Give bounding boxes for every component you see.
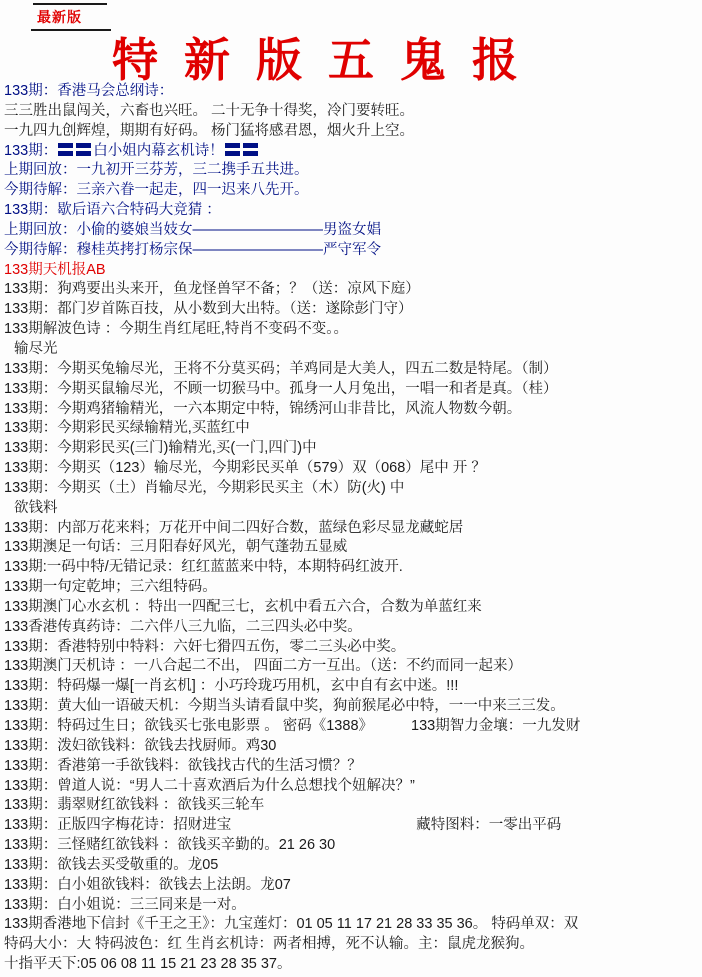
text-segment: 133期：特码爆一爆[一肖玄机] ：小巧玲珑巧用机，玄中自有玄中迷。!!! xyxy=(4,678,458,694)
report-line: 133期：狗鸡要出头来开，鱼龙怪兽罕不备；？（送：凉风下庭） xyxy=(4,280,702,300)
report-line: 133期香港地下信封《千王之王》：九宝莲灯：01 05 11 17 21 28 … xyxy=(4,915,702,935)
edition-badge: 最新版 xyxy=(37,7,82,27)
text-segment: 十指平天下:05 06 08 11 15 21 23 28 35 37。 xyxy=(4,956,292,972)
report-line: 133期：今期买（123）输尽光，今期彩民买单（579）双（068）尾中 开 ？ xyxy=(4,459,702,479)
report-line: 133期:一码中特/无错记录：红红蓝蓝来中特，本期特码红波开. xyxy=(4,558,702,578)
report-line: 133期澳足一句话：三月阳春好风光，朝气蓬勃五显威 xyxy=(4,538,702,558)
text-segment: 133期：特码过生日；欲钱买七张电影票 。 密码《1388》 xyxy=(4,718,373,734)
report-line: 133期：香港马会总纲诗： xyxy=(4,82,702,102)
double-bar-icon xyxy=(225,143,240,156)
report-line: 十指平天下:05 06 08 11 15 21 23 28 35 37。 xyxy=(4,955,702,975)
report-line: 133期：白小姐内幕玄机诗！ xyxy=(4,142,702,162)
text-segment: 133期：都门岁首陈百技，从小数到大出特。（送：遂除彭门守） xyxy=(4,301,412,317)
text-segment: 133期：曾道人说：“男人二十喜欢酒后为什么总想找个妞解决？” xyxy=(4,778,415,794)
text-segment: 藏特图料：一零出平码 xyxy=(416,817,561,833)
text-segment: 133期：歇后语六合特码大竞猜 ： xyxy=(4,202,221,218)
text-segment: 上期回放：一九初开三芬芳，三二携手五共进。 xyxy=(4,162,309,178)
report-line: 133期：今期彩民买(三门)输精光,买(一门,四门)中 xyxy=(4,439,702,459)
text-segment: 今期待解：三亲六眷一起走，四一迟来八先开。 xyxy=(4,182,309,198)
text-segment: 白小姐内幕玄机诗！ xyxy=(93,143,224,159)
report-line: 133期：都门岁首陈百技，从小数到大出特。（送：遂除彭门守） xyxy=(4,300,702,320)
text-segment: 133期：今期彩民买绿输精光,买蓝红中 xyxy=(4,420,250,436)
report-line: 133期澳门天机诗 ：一八合起二不出， 四面二方一互出。（送：不约而同一起来） xyxy=(4,657,702,677)
text-segment: 133期：正版四字梅花诗：招财进宝 xyxy=(4,817,231,833)
text-segment: 133期：今期买（土）肖输尽光，今期彩民买主（木）防(火) 中 xyxy=(4,480,404,496)
report-line: 133期：特码过生日；欲钱买七张电影票 。 密码《1388》133期智力金壤：一… xyxy=(4,717,702,737)
text-segment: 133期：泼妇欲钱料：欲钱去找厨师。鸡30 xyxy=(4,738,276,754)
text-segment: 欲钱料 xyxy=(14,500,58,516)
text-segment: 133期：香港马会总纲诗： xyxy=(4,83,173,99)
text-segment: 特码大小：大 特码波色：红 生肖玄机诗：两者相搏，死不认输。主：鼠虎龙猴狗。 xyxy=(4,936,534,952)
report-line: 一九四九创辉煌，期期有好码。 杨门猛将感君恩，烟火升上空。 xyxy=(4,122,702,142)
text-segment: 133期香港地下信封《千王之王》：九宝莲灯：01 05 11 17 21 28 … xyxy=(4,916,578,932)
report-line: 133期：曾道人说：“男人二十喜欢酒后为什么总想找个妞解决？” xyxy=(4,777,702,797)
report-line: 三三胜出鼠闯关，六畜也兴旺。 二十无争十得奖，冷门要转旺。 xyxy=(4,102,702,122)
text-segment: 输尽光 xyxy=(14,341,58,357)
text-segment: 133期智力金壤：一九发财 xyxy=(411,718,580,734)
report-line: 133期：今期买鼠输尽光，不顾一切猴马中。孤身一人月兔出，一唱一和者是真。（桂） xyxy=(4,380,702,400)
report-line: 133期：特码爆一爆[一肖玄机] ：小巧玲珑巧用机，玄中自有玄中迷。!!! xyxy=(4,677,702,697)
text-segment: 133期： xyxy=(4,143,57,159)
report-line: 133期：今期买（土）肖输尽光，今期彩民买主（木）防(火) 中 xyxy=(4,479,702,499)
double-bar-icon xyxy=(243,143,258,156)
text-segment: 133期：狗鸡要出头来开，鱼龙怪兽罕不备；？（送：凉风下庭） xyxy=(4,281,420,297)
text-segment: 133期：今期鸡猪输精光，一六本期定中特，锦绣河山非昔比，风流人物数今朝。 xyxy=(4,401,521,417)
text-segment: 133期天机报AB xyxy=(4,262,106,278)
text-segment: 133期澳门心水玄机 ：特出一四配三七，玄机中看五六合，合数为单蓝红来 xyxy=(4,599,482,615)
report-line: 133期：欲钱去买受敬重的。龙05 xyxy=(4,856,702,876)
text-segment: 133期：黄大仙一语破天机：今期当头请看鼠中奖，狗前猴尾必中特，一一中来三三发。 xyxy=(4,698,565,714)
text-segment: 133期一句定乾坤；三六组特码。 xyxy=(4,579,217,595)
text-segment: 133期：今期买鼠输尽光，不顾一切猴马中。孤身一人月兔出，一唱一和者是真。（桂） xyxy=(4,381,557,397)
top-divider xyxy=(33,3,107,5)
text-segment: 133期：香港特别中特料：六奸七猾四五伤，零二三头必中奖。 xyxy=(4,639,405,655)
report-line: 133期：翡翠财红欲钱料 ：欲钱买三轮车 xyxy=(4,796,702,816)
text-segment: 三三胜出鼠闯关，六畜也兴旺。 二十无争十得奖，冷门要转旺。 xyxy=(4,103,414,119)
report-line: 133期：白小姐欲钱料：欲钱去上法朗。龙07 xyxy=(4,876,702,896)
report-line: 欲钱料 xyxy=(4,499,702,519)
text-segment: 133期澳足一句话：三月阳春好风光，朝气蓬勃五显威 xyxy=(4,539,347,555)
text-segment: 133期：翡翠财红欲钱料 ：欲钱买三轮车 xyxy=(4,797,264,813)
text-segment: 133期：内部万花来料；万花开中间二四好合数，蓝绿色彩尽显龙藏蛇居 xyxy=(4,520,463,536)
text-segment: 133期：今期买兔输尽光，王将不分莫买码；羊鸡同是大美人，四五二数是特尾。（制） xyxy=(4,361,557,377)
spacer xyxy=(373,729,411,730)
report-line: 133期：歇后语六合特码大竞猜 ： xyxy=(4,201,702,221)
text-segment: 133期：三怪赌红欲钱料 ：欲钱买辛勤的。21 26 30 xyxy=(4,837,335,853)
double-bar-icon xyxy=(76,143,91,156)
text-segment: 一九四九创辉煌，期期有好码。 杨门猛将感君恩，烟火升上空。 xyxy=(4,123,414,139)
report-line: 输尽光 xyxy=(4,340,702,360)
report-line: 133期：今期鸡猪输精光，一六本期定中特，锦绣河山非昔比，风流人物数今朝。 xyxy=(4,400,702,420)
report-line: 今期待解：穆桂英拷打杨宗保—————————严守军令 xyxy=(4,241,702,261)
report-line: 133香港传真药诗：二六伴八三九临，二三四头必中奖。 xyxy=(4,618,702,638)
report-line: 特码大小：大 特码波色：红 生肖玄机诗：两者相搏，死不认输。主：鼠虎龙猴狗。 xyxy=(4,935,702,955)
text-segment: 133期：今期彩民买(三门)输精光,买(一门,四门)中 xyxy=(4,440,317,456)
report-line: 133期：香港特别中特料：六奸七猾四五伤，零二三头必中奖。 xyxy=(4,638,702,658)
page-title: 特新版五鬼报 xyxy=(112,24,544,90)
text-segment: 133期解波色诗 ：今期生肖红尾旺,特肖不变码不变。。 xyxy=(4,321,348,337)
spacer xyxy=(231,828,416,829)
text-segment: 133期：欲钱去买受敬重的。龙05 xyxy=(4,857,218,873)
report-line: 今期待解：三亲六眷一起走，四一迟来八先开。 xyxy=(4,181,702,201)
report-line: 133期：香港第一手欲钱料：欲钱找古代的生活习惯？？ xyxy=(4,757,702,777)
text-segment: 133期：白小姐说：三三同来是一对。 xyxy=(4,897,246,913)
report-line: 133期：正版四字梅花诗：招财进宝藏特图料：一零出平码 xyxy=(4,816,702,836)
report-body: 133期：香港马会总纲诗：三三胜出鼠闯关，六畜也兴旺。 二十无争十得奖，冷门要转… xyxy=(4,82,702,975)
text-segment: 133香港传真药诗：二六伴八三九临，二三四头必中奖。 xyxy=(4,619,362,635)
report-line: 133期天机报AB xyxy=(4,261,702,281)
text-segment: 133期：香港第一手欲钱料：欲钱找古代的生活习惯？？ xyxy=(4,758,362,774)
report-line: 133期：黄大仙一语破天机：今期当头请看鼠中奖，狗前猴尾必中特，一一中来三三发。 xyxy=(4,697,702,717)
text-segment: 上期回放：小偷的婆娘当妓女—————————男盗女娼 xyxy=(4,222,381,238)
text-segment: 133期澳门天机诗 ：一八合起二不出， 四面二方一互出。（送：不约而同一起来） xyxy=(4,658,522,674)
report-line: 133期一句定乾坤；三六组特码。 xyxy=(4,578,702,598)
report-line: 133期：三怪赌红欲钱料 ：欲钱买辛勤的。21 26 30 xyxy=(4,836,702,856)
report-line: 133期澳门心水玄机 ：特出一四配三七，玄机中看五六合，合数为单蓝红来 xyxy=(4,598,702,618)
report-line: 上期回放：小偷的婆娘当妓女—————————男盗女娼 xyxy=(4,221,702,241)
text-segment: 133期：白小姐欲钱料：欲钱去上法朗。龙07 xyxy=(4,877,291,893)
page: 最新版 特新版五鬼报 133期：香港马会总纲诗：三三胜出鼠闯关，六畜也兴旺。 二… xyxy=(0,0,702,977)
report-line: 133期：今期买兔输尽光，王将不分莫买码；羊鸡同是大美人，四五二数是特尾。（制） xyxy=(4,360,702,380)
report-line: 133期解波色诗 ：今期生肖红尾旺,特肖不变码不变。。 xyxy=(4,320,702,340)
double-bar-icon xyxy=(58,143,73,156)
bottom-divider xyxy=(31,29,111,31)
report-line: 133期：白小姐说：三三同来是一对。 xyxy=(4,896,702,916)
text-segment: 今期待解：穆桂英拷打杨宗保—————————严守军令 xyxy=(4,242,381,258)
report-line: 133期：泼妇欲钱料：欲钱去找厨师。鸡30 xyxy=(4,737,702,757)
text-segment: 133期:一码中特/无错记录：红红蓝蓝来中特，本期特码红波开. xyxy=(4,559,403,575)
report-line: 上期回放：一九初开三芬芳，三二携手五共进。 xyxy=(4,161,702,181)
report-line: 133期：今期彩民买绿输精光,买蓝红中 xyxy=(4,419,702,439)
text-segment: 133期：今期买（123）输尽光，今期彩民买单（579）双（068）尾中 开 ？ xyxy=(4,460,486,476)
report-line: 133期：内部万花来料；万花开中间二四好合数，蓝绿色彩尽显龙藏蛇居 xyxy=(4,519,702,539)
